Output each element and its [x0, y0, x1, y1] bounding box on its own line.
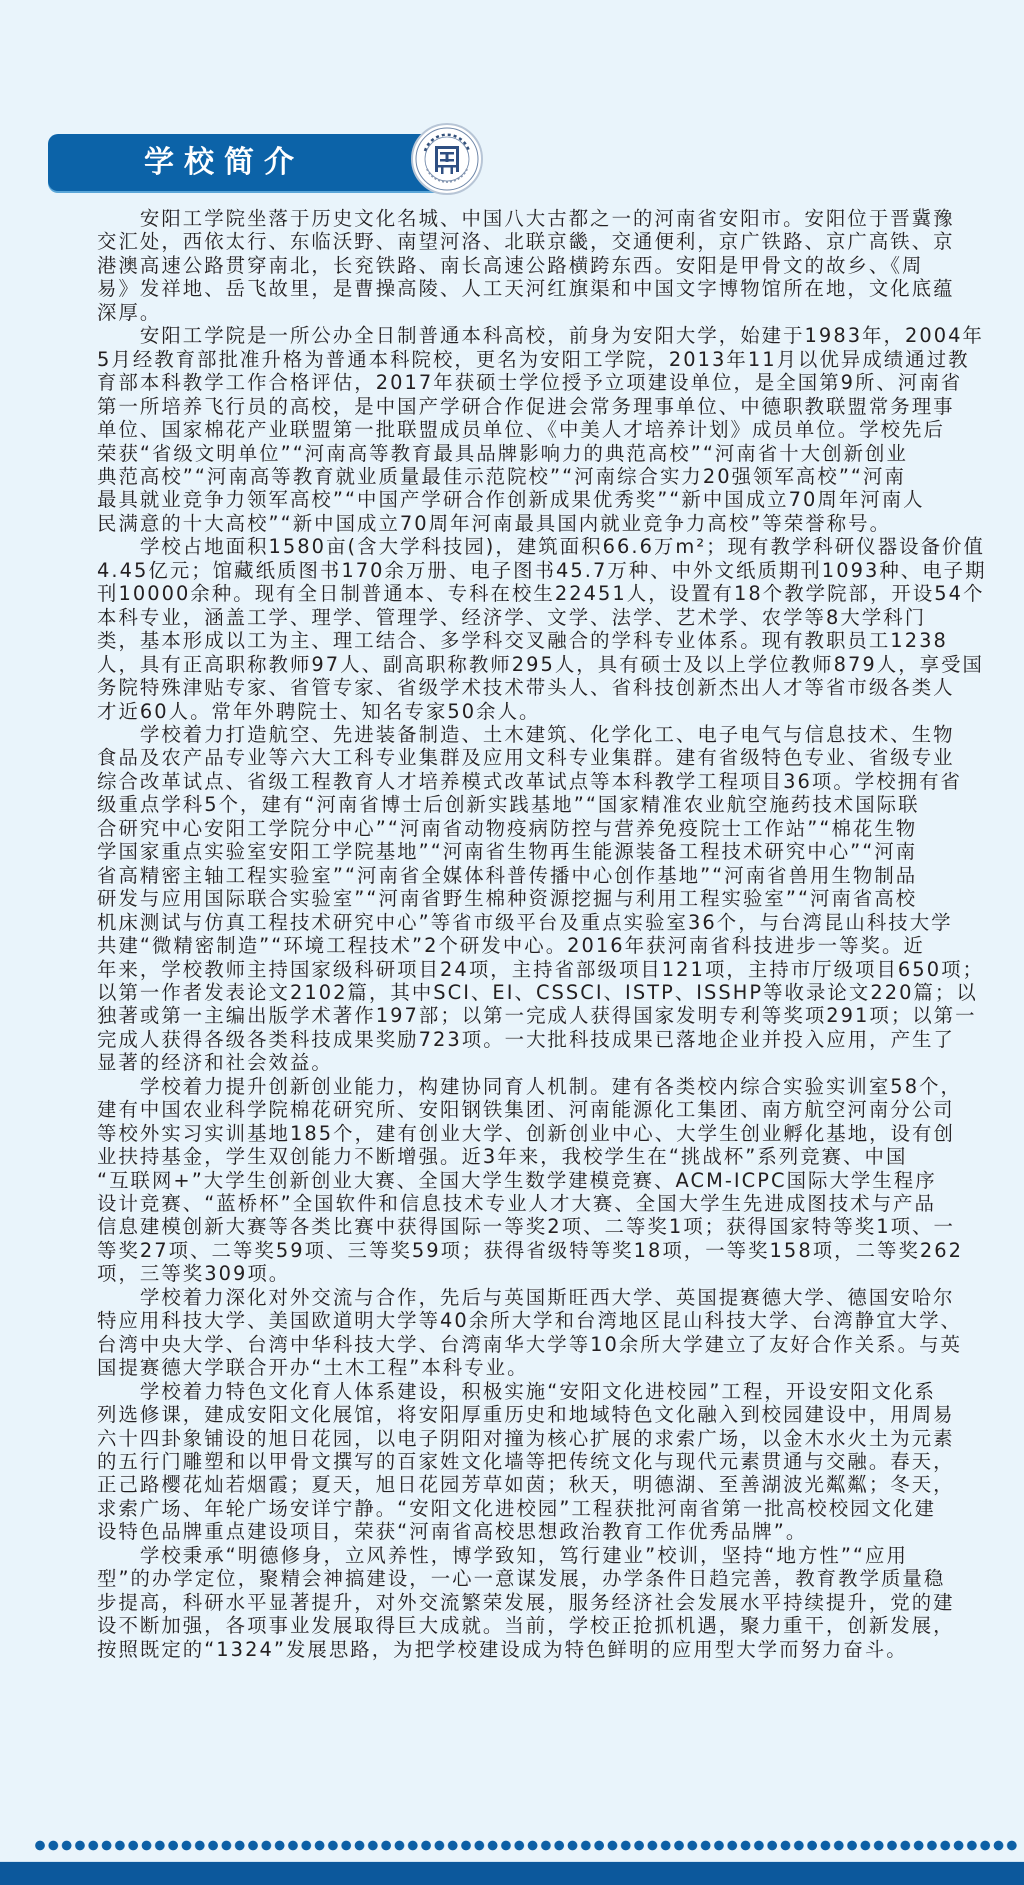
text-line: 项，三等奖309项。 [97, 1262, 967, 1285]
text-line: 按照既定的“1324”发展思路，为把学校建设成为特色鲜明的应用型大学而努力奋斗。 [97, 1638, 967, 1661]
text-line: 学校着力深化对外交流与合作，先后与英国斯旺西大学、英国提赛德大学、德国安哈尔 [97, 1286, 967, 1309]
text-line: 综合改革试点、省级工程教育人才培养模式改革试点等本科教学工程项目36项。学校拥有… [97, 770, 967, 793]
page-title: 学校简介 [144, 141, 304, 185]
text-line: 学校秉承“明德修身，立风养性，博学致知，笃行建业”校训，坚持“地方性”“应用 [97, 1544, 967, 1567]
text-line: 业扶持基金，学生双创能力不断增强。近3年来，我校学生在“挑战杯”系列竞赛、中国 [97, 1145, 967, 1168]
text-line: 刊10000余种。现有全日制普通本、专科在校生22451人，设置有18个教学院部… [97, 582, 967, 605]
text-line: 建有中国农业科学院棉花研究所、安阳钢铁集团、河南能源化工集团、南方航空河南分公司 [97, 1098, 967, 1121]
text-line: 完成人获得各级各类科技成果奖励723项。一大批科技成果已落地企业并投入应用，产生… [97, 1028, 967, 1051]
text-line: 设特色品牌重点建设项目，荣获“河南省高校思想政治教育工作优秀品牌”。 [97, 1520, 967, 1543]
paragraph-location: 安阳工学院坐落于历史文化名城、中国八大古都之一的河南省安阳市。安阳位于晋冀豫 交… [97, 207, 967, 324]
text-line: 等校外实习实训基地185个，建有创业大学、创新创业中心、大学生创业孵化基地，设有… [97, 1122, 967, 1145]
school-emblem-icon [411, 123, 483, 195]
text-line: 单位、国家棉花产业联盟第一批联盟成员单位、《中美人才培养计划》成员单位。学校先后 [97, 418, 967, 441]
text-line: 学校着力特色文化育人体系建设，积极实施“安阳文化进校园”工程，开设安阳文化系 [97, 1380, 967, 1403]
text-line: 类，基本形成以工为主、理工结合、多学科交叉融合的学科专业体系。现有教职员工123… [97, 629, 967, 652]
text-line: 4.45亿元；馆藏纸质图书170余万册、电子图书45.7万种、中外文纸质期刊10… [97, 559, 967, 582]
text-line: 务院特殊津贴专家、省管专家、省级学术技术带头人、省科技创新杰出人才等省市级各类人 [97, 676, 967, 699]
text-line: 设不断加强，各项事业发展取得巨大成就。当前，学校正抢抓机遇，聚力重干，创新发展， [97, 1614, 967, 1637]
text-line: 求索广场、年轮广场安详宁静。“安阳文化进校园”工程获批河南省第一批高校校园文化建 [97, 1497, 967, 1520]
text-line: 型”的办学定位，聚精会神搞建设，一心一意谋发展，办学条件日趋完善，教育教学质量稳 [97, 1567, 967, 1590]
text-line: 学国家重点实验室安阳工学院基地”“河南省生物再生能源装备工程技术研究中心”“河南 [97, 840, 967, 863]
paragraph-campus-scale: 学校占地面积1580亩(含大学科技园)，建筑面积66.6万m²；现有教学科研仪器… [97, 535, 967, 723]
text-line: 典范高校”“河南高等教育就业质量最佳示范院校”“河南综合实力20强领军高校”“河… [97, 465, 967, 488]
text-line: 的五行门雕塑和以甲骨文撰写的百家姓文化墙等把传统文化与现代元素贯通与交融。春天， [97, 1450, 967, 1473]
paragraph-innovation: 学校着力提升创新创业能力，构建协同育人机制。建有各类校内综合实验实训室58个， … [97, 1075, 967, 1286]
text-line: “互联网+”大学生创新创业大赛、全国大学生数学建模竞赛、ACM-ICPC国际大学… [97, 1169, 967, 1192]
text-line: 显著的经济和社会效益。 [97, 1051, 967, 1074]
school-introduction-body: 安阳工学院坐落于历史文化名城、中国八大古都之一的河南省安阳市。安阳位于晋冀豫 交… [97, 207, 967, 1661]
text-line: 人，具有正高职称教师97人、副高职称教师295人，具有硕士及以上学位教师879人… [97, 653, 967, 676]
paragraph-culture: 学校着力特色文化育人体系建设，积极实施“安阳文化进校园”工程，开设安阳文化系 列… [97, 1380, 967, 1544]
text-line: 民满意的十大高校”“新中国成立70周年河南最具国内就业竞争力高校”等荣誉称号。 [97, 512, 967, 535]
text-line: 深厚。 [97, 301, 967, 324]
text-line: 台湾中央大学、台湾中华科技大学、台湾南华大学等10余所大学建立了友好合作关系。与… [97, 1333, 967, 1356]
text-line: 以第一作者发表论文2102篇，其中SCI、EI、CSSCI、ISTP、ISSHP… [97, 981, 967, 1004]
paragraph-disciplines-research: 学校着力打造航空、先进装备制造、土木建筑、化学化工、电子电气与信息技术、生物 食… [97, 723, 967, 1075]
text-line: 合研究中心安阳工学院分中心”“河南省动物疫病防控与营养免疫院士工作站”“棉花生物 [97, 817, 967, 840]
paragraph-international: 学校着力深化对外交流与合作，先后与英国斯旺西大学、英国提赛德大学、德国安哈尔 特… [97, 1286, 967, 1380]
paragraph-history: 安阳工学院是一所公办全日制普通本科高校，前身为安阳大学，始建于1983年，200… [97, 324, 967, 535]
text-line: 等奖27项、二等奖59项、三等奖59项；获得省级特等奖18项，一等奖158项，二… [97, 1239, 967, 1262]
text-line: 特应用科技大学、美国欧道明大学等40余所大学和台湾地区昆山科技大学、台湾静宜大学… [97, 1309, 967, 1332]
text-line: 第一所培养飞行员的高校，是中国产学研合作促进会常务理事单位、中德职教联盟常务理事 [97, 395, 967, 418]
text-line: 最具就业竞争力领军高校”“中国产学研合作创新成果优秀奖”“新中国成立70周年河南… [97, 488, 967, 511]
text-line: 安阳工学院是一所公办全日制普通本科高校，前身为安阳大学，始建于1983年，200… [97, 324, 967, 347]
text-line: 独著或第一主编出版学术著作197部；以第一完成人获得国家发明专利等奖项291项；… [97, 1004, 967, 1027]
text-line: 学校占地面积1580亩(含大学科技园)，建筑面积66.6万m²；现有教学科研仪器… [97, 535, 967, 558]
text-line: 省高精密主轴工程实验室”“河南省全媒体科普传播中心创作基地”“河南省兽用生物制品 [97, 864, 967, 887]
text-line: 级重点学科5个，建有“河南省博士后创新实践基地”“国家精准农业航空施药技术国际联 [97, 793, 967, 816]
text-line: 研发与应用国际联合实验室”“河南省野生棉种资源挖掘与利用工程实验室”“河南省高校 [97, 887, 967, 910]
text-line: 列选修课，建成安阳文化展馆，将安阳厚重历史和地域特色文化融入到校园建设中，用周易 [97, 1403, 967, 1426]
text-line: 育部本科教学工作合格评估，2017年获硕士学位授予立项建设单位，是全国第9所、河… [97, 371, 967, 394]
text-line: 机床测试与仿真工程技术研究中心”等省市级平台及重点实验室36个，与台湾昆山科技大… [97, 911, 967, 934]
text-line: 学校着力打造航空、先进装备制造、土木建筑、化学化工、电子电气与信息技术、生物 [97, 723, 967, 746]
text-line: 交汇处，西依太行、东临沃野、南望河洛、北联京畿，交通便利，京广铁路、京广高铁、京 [97, 230, 967, 253]
text-line: 易》发祥地、岳飞故里，是曹操高陵、人工天河红旗渠和中国文字博物馆所在地，文化底蕴 [97, 277, 967, 300]
text-line: 5月经教育部批准升格为普通本科院校，更名为安阳工学院，2013年11月以优异成绩… [97, 348, 967, 371]
text-line: 步提高，科研水平显著提升，对外交流繁荣发展，服务经济社会发展水平持续提升，党的建 [97, 1591, 967, 1614]
paragraph-motto-outlook: 学校秉承“明德修身，立风养性，博学致知，笃行建业”校训，坚持“地方性”“应用 型… [97, 1544, 967, 1661]
text-line: 安阳工学院坐落于历史文化名城、中国八大古都之一的河南省安阳市。安阳位于晋冀豫 [97, 207, 967, 230]
text-line: 国提赛德大学联合开办“土木工程”本科专业。 [97, 1356, 967, 1379]
text-line: 食品及农产品专业等六大工科专业集群及应用文科专业集群。建有省级特色专业、省级专业 [97, 746, 967, 769]
text-line: 正己路樱花灿若烟霞；夏天，旭日花园芳草如茵；秋天，明德湖、至善湖波光粼粼；冬天， [97, 1473, 967, 1496]
text-line: 年来，学校教师主持国家级科研项目24项，主持省部级项目121项，主持市厅级项目6… [97, 958, 967, 981]
text-line: 共建“微精密制造”“环境工程技术”2个研发中心。2016年获河南省科技进步一等奖… [97, 934, 967, 957]
text-line: 六十四卦象铺设的旭日花园，以电子阴阳对撞为核心扩展的求索广场，以金木水火土为元素 [97, 1427, 967, 1450]
text-line: 信息建模创新大赛等各类比赛中获得国际一等奖2项、二等奖1项；获得国家特等奖1项、… [97, 1215, 967, 1238]
footer-bar [0, 1861, 1024, 1885]
text-line: 本科专业，涵盖工学、理学、管理学、经济学、文学、法学、艺术学、农学等8大学科门 [97, 606, 967, 629]
text-line: 港澳高速公路贯穿南北，长兖铁路、南长高速公路横跨东西。安阳是甲骨文的故乡、《周 [97, 254, 967, 277]
dotted-divider [35, 1840, 1020, 1851]
text-line: 设计竞赛、“蓝桥杯”全国软件和信息技术专业人才大赛、全国大学生先进成图技术与产品 [97, 1192, 967, 1215]
text-line: 才近60人。常年外聘院士、知名专家50余人。 [97, 700, 967, 723]
text-line: 荣获“省级文明单位”“河南高等教育最具品牌影响力的典范高校”“河南省十大创新创业 [97, 442, 967, 465]
text-line: 学校着力提升创新创业能力，构建协同育人机制。建有各类校内综合实验实训室58个， [97, 1075, 967, 1098]
